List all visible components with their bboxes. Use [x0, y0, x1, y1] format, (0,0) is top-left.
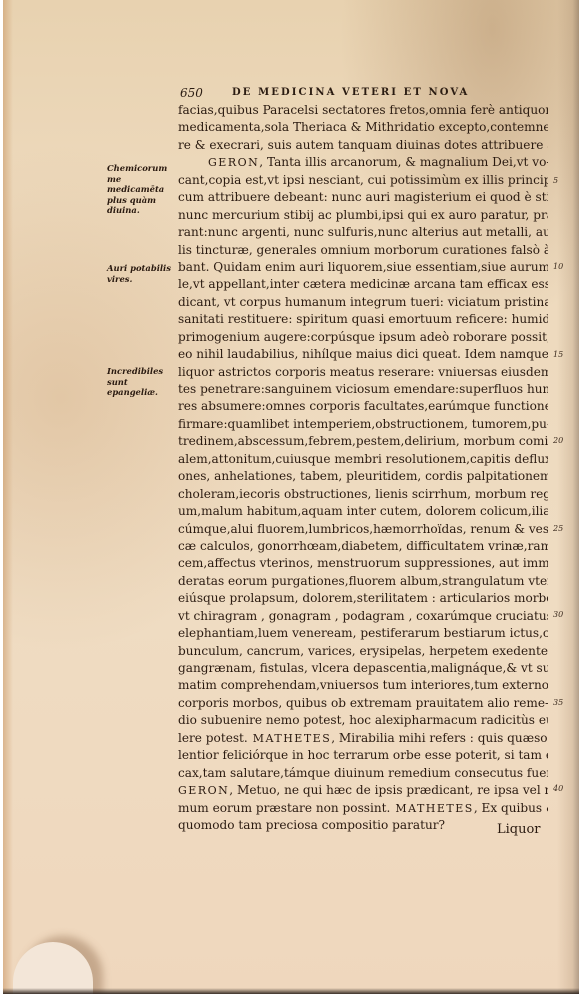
running-title: DE MEDICINA VETERI ET NOVA — [232, 87, 469, 98]
text-line: alem,attonitum,cuiusque membri resolutio… — [178, 451, 548, 468]
text-line: le,vt appellant,inter cætera medicinæ ar… — [178, 276, 548, 293]
text-line: GERON, Metuo, ne qui hæc de ipsis prædic… — [178, 782, 548, 799]
line-text: tredinem,abscessum,febrem,pestem,deliriu… — [178, 434, 548, 448]
line-text: , Ex quibus & — [474, 801, 548, 815]
text-line: cant,copia est,vt ipsi nesciant, cui pot… — [178, 172, 548, 189]
line-number-marker: 5 — [553, 176, 558, 185]
text-line: tredinem,abscessum,febrem,pestem,deliriu… — [178, 433, 548, 450]
line-text: eiúsque prolapsum, dolorem,sterilitatem … — [178, 591, 548, 605]
line-text: lere potest. — [178, 731, 248, 745]
text-line: eiúsque prolapsum, dolorem,sterilitatem … — [178, 590, 548, 607]
text-line: choleram,iecoris obstructiones, lienis s… — [178, 486, 548, 503]
text-line: cum attribuere debeant: nunc auri magist… — [178, 189, 548, 206]
line-number-marker: 40 — [553, 784, 563, 793]
text-line: bunculum, cancrum, varices, erysipelas, … — [178, 643, 548, 660]
text-line: liquor astrictos corporis meatus reserar… — [178, 364, 548, 381]
margin-note: Auri potabilis vires. — [107, 263, 179, 284]
speaker-name: GERON — [178, 784, 229, 797]
line-number-marker: 15 — [553, 350, 563, 359]
text-line: lentior feliciórque in hoc terrarum orbe… — [178, 747, 548, 764]
text-line: vt chiragram , gonagram , podagram , cox… — [178, 608, 548, 625]
line-text: deratas eorum purgationes,fluorem album,… — [178, 574, 548, 588]
line-text: lis tincturæ, generales omnium morborum … — [178, 243, 548, 257]
text-line: cæ calculos, gonorrhœam,diabetem, diffic… — [178, 538, 548, 555]
text-line: nunc mercurium stibij ac plumbi,ipsi qui… — [178, 207, 548, 224]
text-line: eo nihil laudabilius, nihílque maius dic… — [178, 346, 548, 363]
text-line: medicamenta,sola Theriaca & Mithridatio … — [178, 119, 548, 136]
text-line: ones, anhelationes, tabem, pleuritidem, … — [178, 468, 548, 485]
line-text: eo nihil laudabilius, nihílque maius dic… — [178, 347, 548, 361]
page-bottom-shadow — [3, 988, 579, 994]
text-line: cem,affectus vterinos, menstruorum suppr… — [178, 555, 548, 572]
line-text: cæ calculos, gonorrhœam,diabetem, diffic… — [178, 539, 548, 553]
text-line: cax,tam salutare,támque diuinum remedium… — [178, 765, 548, 782]
margin-note: Chemicorum me medicamēta plus quàm diuin… — [107, 163, 179, 216]
line-text: dicant, vt corpus humanum integrum tueri… — [178, 295, 548, 309]
line-text: firmare:quamlibet intemperiem,obstructio… — [178, 417, 548, 431]
line-text: um,malum habitum,aquam inter cutem, dolo… — [178, 504, 548, 518]
text-line: matim comprehendam,vniuersos tum interio… — [178, 677, 548, 694]
line-text: res absumere:omnes corporis facultates,e… — [178, 399, 548, 413]
text-line: gangrænam, fistulas, vlcera depascentia,… — [178, 660, 548, 677]
line-text: mum eorum præstare non possint. — [178, 801, 390, 815]
line-text: tes penetrare:sanguinem viciosum emendar… — [178, 382, 548, 396]
text-line: re & execrari, suis autem tanquam diuina… — [178, 137, 548, 154]
line-text: re & execrari, suis autem tanquam diuina… — [178, 138, 548, 152]
line-text: cant,copia est,vt ipsi nesciant, cui pot… — [178, 173, 548, 187]
text-line: dio subuenire nemo potest, hoc alexiphar… — [178, 712, 548, 729]
line-text: cax,tam salutare,támque diuinum remedium… — [178, 766, 548, 780]
line-number-marker: 20 — [553, 436, 563, 445]
line-text: cum attribuere debeant: nunc auri magist… — [178, 190, 548, 204]
line-text: medicamenta,sola Theriaca & Mithridatio … — [178, 120, 548, 134]
speaker-name: GERON — [208, 156, 259, 169]
text-line: bant. Quidam enim auri liquorem,siue ess… — [178, 259, 548, 276]
margin-note: Incredibiles sunt epangeliæ. — [107, 366, 179, 398]
speaker-name: MATHETES — [248, 732, 331, 745]
page-gutter-shadow — [557, 0, 579, 994]
text-line: corporis morbos, quibus ob extremam prau… — [178, 695, 548, 712]
thumb-holding-page — [13, 942, 93, 994]
line-text: rant:nunc argenti, nunc sulfuris,nunc al… — [178, 225, 548, 239]
line-text: primogenium augere:corpúsque ipsum adeò … — [178, 330, 548, 344]
line-text: , Mirabilia mihi refers : quis quæso opu… — [331, 731, 548, 745]
line-text: le,vt appellant,inter cætera medicinæ ar… — [178, 277, 548, 291]
line-text: facias,quibus Paracelsi sectatores freto… — [178, 103, 548, 117]
line-text: , Tanta illis arcanorum, & magnalium Dei… — [259, 155, 548, 169]
text-line: quomodo tam preciosa compositio paratur? — [178, 817, 548, 834]
line-text: , Metuo, ne qui hæc de ipsis prædicant, … — [229, 783, 548, 797]
line-text: quomodo tam preciosa compositio paratur? — [178, 818, 445, 832]
text-line: dicant, vt corpus humanum integrum tueri… — [178, 294, 548, 311]
line-number-marker: 30 — [553, 610, 563, 619]
page-number: 650 — [180, 86, 203, 100]
body-text: facias,quibus Paracelsi sectatores freto… — [178, 102, 548, 834]
line-text: matim comprehendam,vniuersos tum interio… — [178, 678, 548, 692]
line-text: choleram,iecoris obstructiones, lienis s… — [178, 487, 548, 501]
line-text: liquor astrictos corporis meatus reserar… — [178, 365, 548, 379]
text-line: um,malum habitum,aquam inter cutem, dolo… — [178, 503, 548, 520]
text-line: firmare:quamlibet intemperiem,obstructio… — [178, 416, 548, 433]
line-text: bant. Quidam enim auri liquorem,siue ess… — [178, 260, 548, 274]
text-line: res absumere:omnes corporis facultates,e… — [178, 398, 548, 415]
line-text: vt chiragram , gonagram , podagram , cox… — [178, 609, 548, 623]
line-text: elephantiam,luem veneream, pestiferarum … — [178, 626, 548, 640]
text-line: lis tincturæ, generales omnium morborum … — [178, 242, 548, 259]
line-text: alem,attonitum,cuiusque membri resolutio… — [178, 452, 548, 466]
speaker-name: MATHETES — [390, 802, 473, 815]
text-line: elephantiam,luem veneream, pestiferarum … — [178, 625, 548, 642]
line-text: cem,affectus vterinos, menstruorum suppr… — [178, 556, 548, 570]
text-line: primogenium augere:corpúsque ipsum adeò … — [178, 329, 548, 346]
line-number-marker: 10 — [553, 262, 563, 271]
line-text: dio subuenire nemo potest, hoc alexiphar… — [178, 713, 548, 727]
line-text: lentior feliciórque in hoc terrarum orbe… — [178, 748, 548, 762]
text-line: mum eorum præstare non possint. MATHETES… — [178, 800, 548, 817]
text-line: cúmque,alui fluorem,lumbricos,hæmorrhoïd… — [178, 521, 548, 538]
catchword: Liquor — [497, 822, 541, 837]
text-line: facias,quibus Paracelsi sectatores freto… — [178, 102, 548, 119]
line-text: sanitati restituere: spiritum quasi emor… — [178, 312, 548, 326]
text-line: GERON, Tanta illis arcanorum, & magnaliu… — [178, 154, 548, 171]
line-text: ones, anhelationes, tabem, pleuritidem, … — [178, 469, 548, 483]
page-header: 650 DE MEDICINA VETERI ET NOVA — [180, 86, 520, 102]
line-number-marker: 35 — [553, 698, 563, 707]
text-line: lere potest. MATHETES, Mirabilia mihi re… — [178, 730, 548, 747]
line-number-marker: 25 — [553, 524, 563, 533]
book-page: 650 DE MEDICINA VETERI ET NOVA facias,qu… — [3, 0, 579, 994]
text-line: rant:nunc argenti, nunc sulfuris,nunc al… — [178, 224, 548, 241]
line-text: bunculum, cancrum, varices, erysipelas, … — [178, 644, 548, 658]
text-line: deratas eorum purgationes,fluorem album,… — [178, 573, 548, 590]
text-line: tes penetrare:sanguinem viciosum emendar… — [178, 381, 548, 398]
line-text: corporis morbos, quibus ob extremam prau… — [178, 696, 548, 710]
text-line: sanitati restituere: spiritum quasi emor… — [178, 311, 548, 328]
page-edge-stain — [3, 0, 13, 994]
line-text: gangrænam, fistulas, vlcera depascentia,… — [178, 661, 548, 675]
line-text: nunc mercurium stibij ac plumbi,ipsi qui… — [178, 208, 548, 222]
line-text: cúmque,alui fluorem,lumbricos,hæmorrhoïd… — [178, 522, 548, 536]
